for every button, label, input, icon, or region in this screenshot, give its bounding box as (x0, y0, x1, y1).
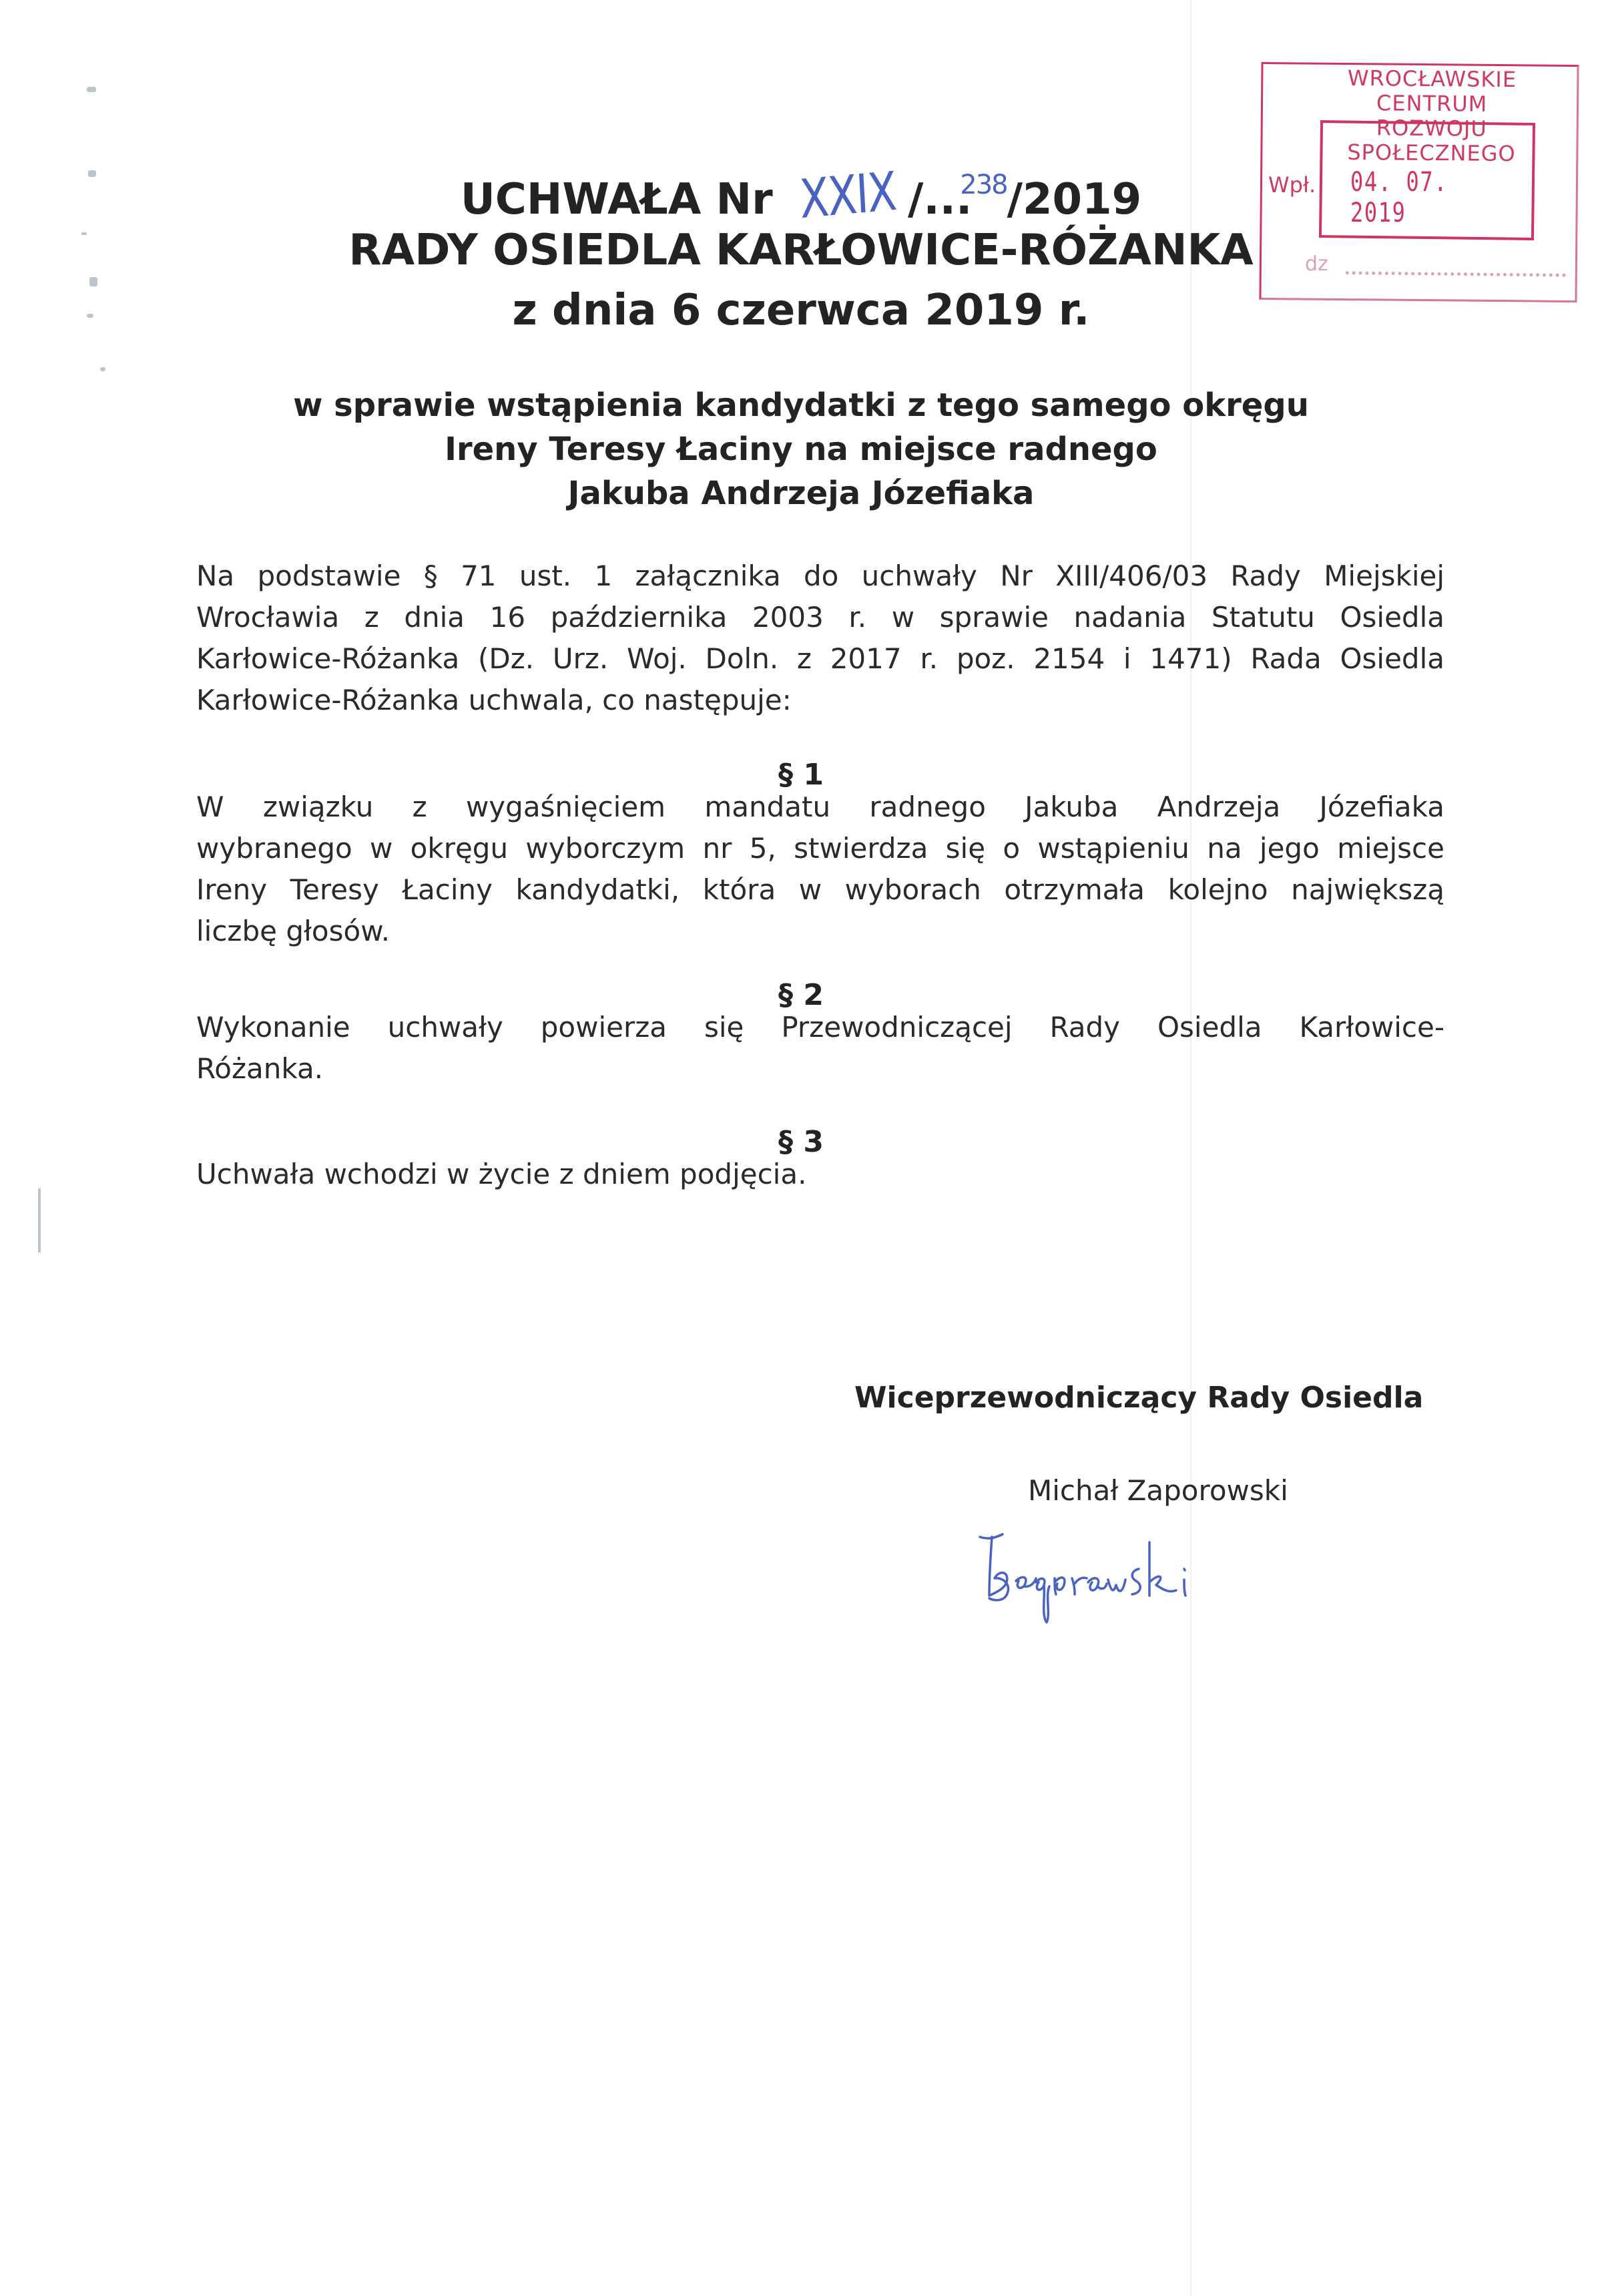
subject-line: Ireny Teresy Łaciny na miejsce radnego (0, 427, 1602, 471)
subject-line: w sprawie wstąpienia kandydatki z tego s… (0, 383, 1602, 427)
paragraph-line: Ireny Teresy Łaciny kandydatki, która w … (196, 869, 1444, 911)
signatory-role: Wiceprzewodniczący Rady Osiedla (854, 1381, 1423, 1415)
paragraph-line: Różanka. (196, 1048, 1444, 1090)
scan-mark (87, 87, 96, 92)
resolution-title: UCHWAŁA Nr XXIX/...238/2019 (0, 164, 1602, 226)
paragraph-line: Karłowice-Różanka (Dz. Urz. Woj. Doln. z… (196, 638, 1444, 680)
binder-edge-mark (38, 1188, 41, 1252)
title-prefix: UCHWAŁA Nr (461, 175, 773, 224)
title-separator: / (908, 175, 923, 224)
paragraph-line: wybranego w okręgu wyborczym nr 5, stwie… (196, 828, 1444, 869)
subject-line: Jakuba Andrzeja Józefiaka (0, 471, 1602, 515)
handwritten-session-number: XXIX (798, 160, 898, 230)
resolution-subject: w sprawie wstąpienia kandydatki z tego s… (0, 383, 1602, 515)
stamp-org-line-1: WROCŁAWSKIE CENTRUM (1292, 65, 1573, 118)
paragraph-line: Wrocławia z dnia 16 października 2003 r.… (196, 597, 1444, 638)
paragraph-line: Wykonanie uchwały powierza się Przewodni… (196, 1007, 1444, 1048)
handwritten-resolution-number: 238 (960, 170, 1007, 200)
council-name: RADY OSIEDLA KARŁOWICE-RÓŻANKA (0, 226, 1602, 275)
paragraph-line: Uchwała wchodzi w życie z dniem podjęcia… (196, 1154, 1444, 1195)
paragraph-line: liczbę głosów. (196, 911, 1444, 952)
paragraph-line: W związku z wygaśnięciem mandatu radnego… (196, 786, 1444, 828)
scan-mark (100, 367, 105, 371)
paragraph-line: Karłowice-Różanka uchwala, co następuje: (196, 680, 1444, 721)
signatory-name: Michał Zaporowski (1028, 1474, 1288, 1507)
section-1-text: W związku z wygaśnięciem mandatu radnego… (196, 786, 1444, 952)
legal-basis-paragraph: Na podstawie § 71 ust. 1 załącznika do u… (196, 555, 1444, 721)
title-year: 2019 (1023, 175, 1141, 224)
paragraph-line: Na podstawie § 71 ust. 1 załącznika do u… (196, 555, 1444, 597)
section-3-text: Uchwała wchodzi w życie z dniem podjęcia… (196, 1154, 1444, 1195)
resolution-date: z dnia 6 czerwca 2019 r. (0, 286, 1602, 335)
scan-mark (89, 277, 97, 286)
section-2-text: Wykonanie uchwały powierza się Przewodni… (196, 1007, 1444, 1090)
title-separator: / (1007, 175, 1023, 224)
handwritten-signature (975, 1529, 1255, 1636)
